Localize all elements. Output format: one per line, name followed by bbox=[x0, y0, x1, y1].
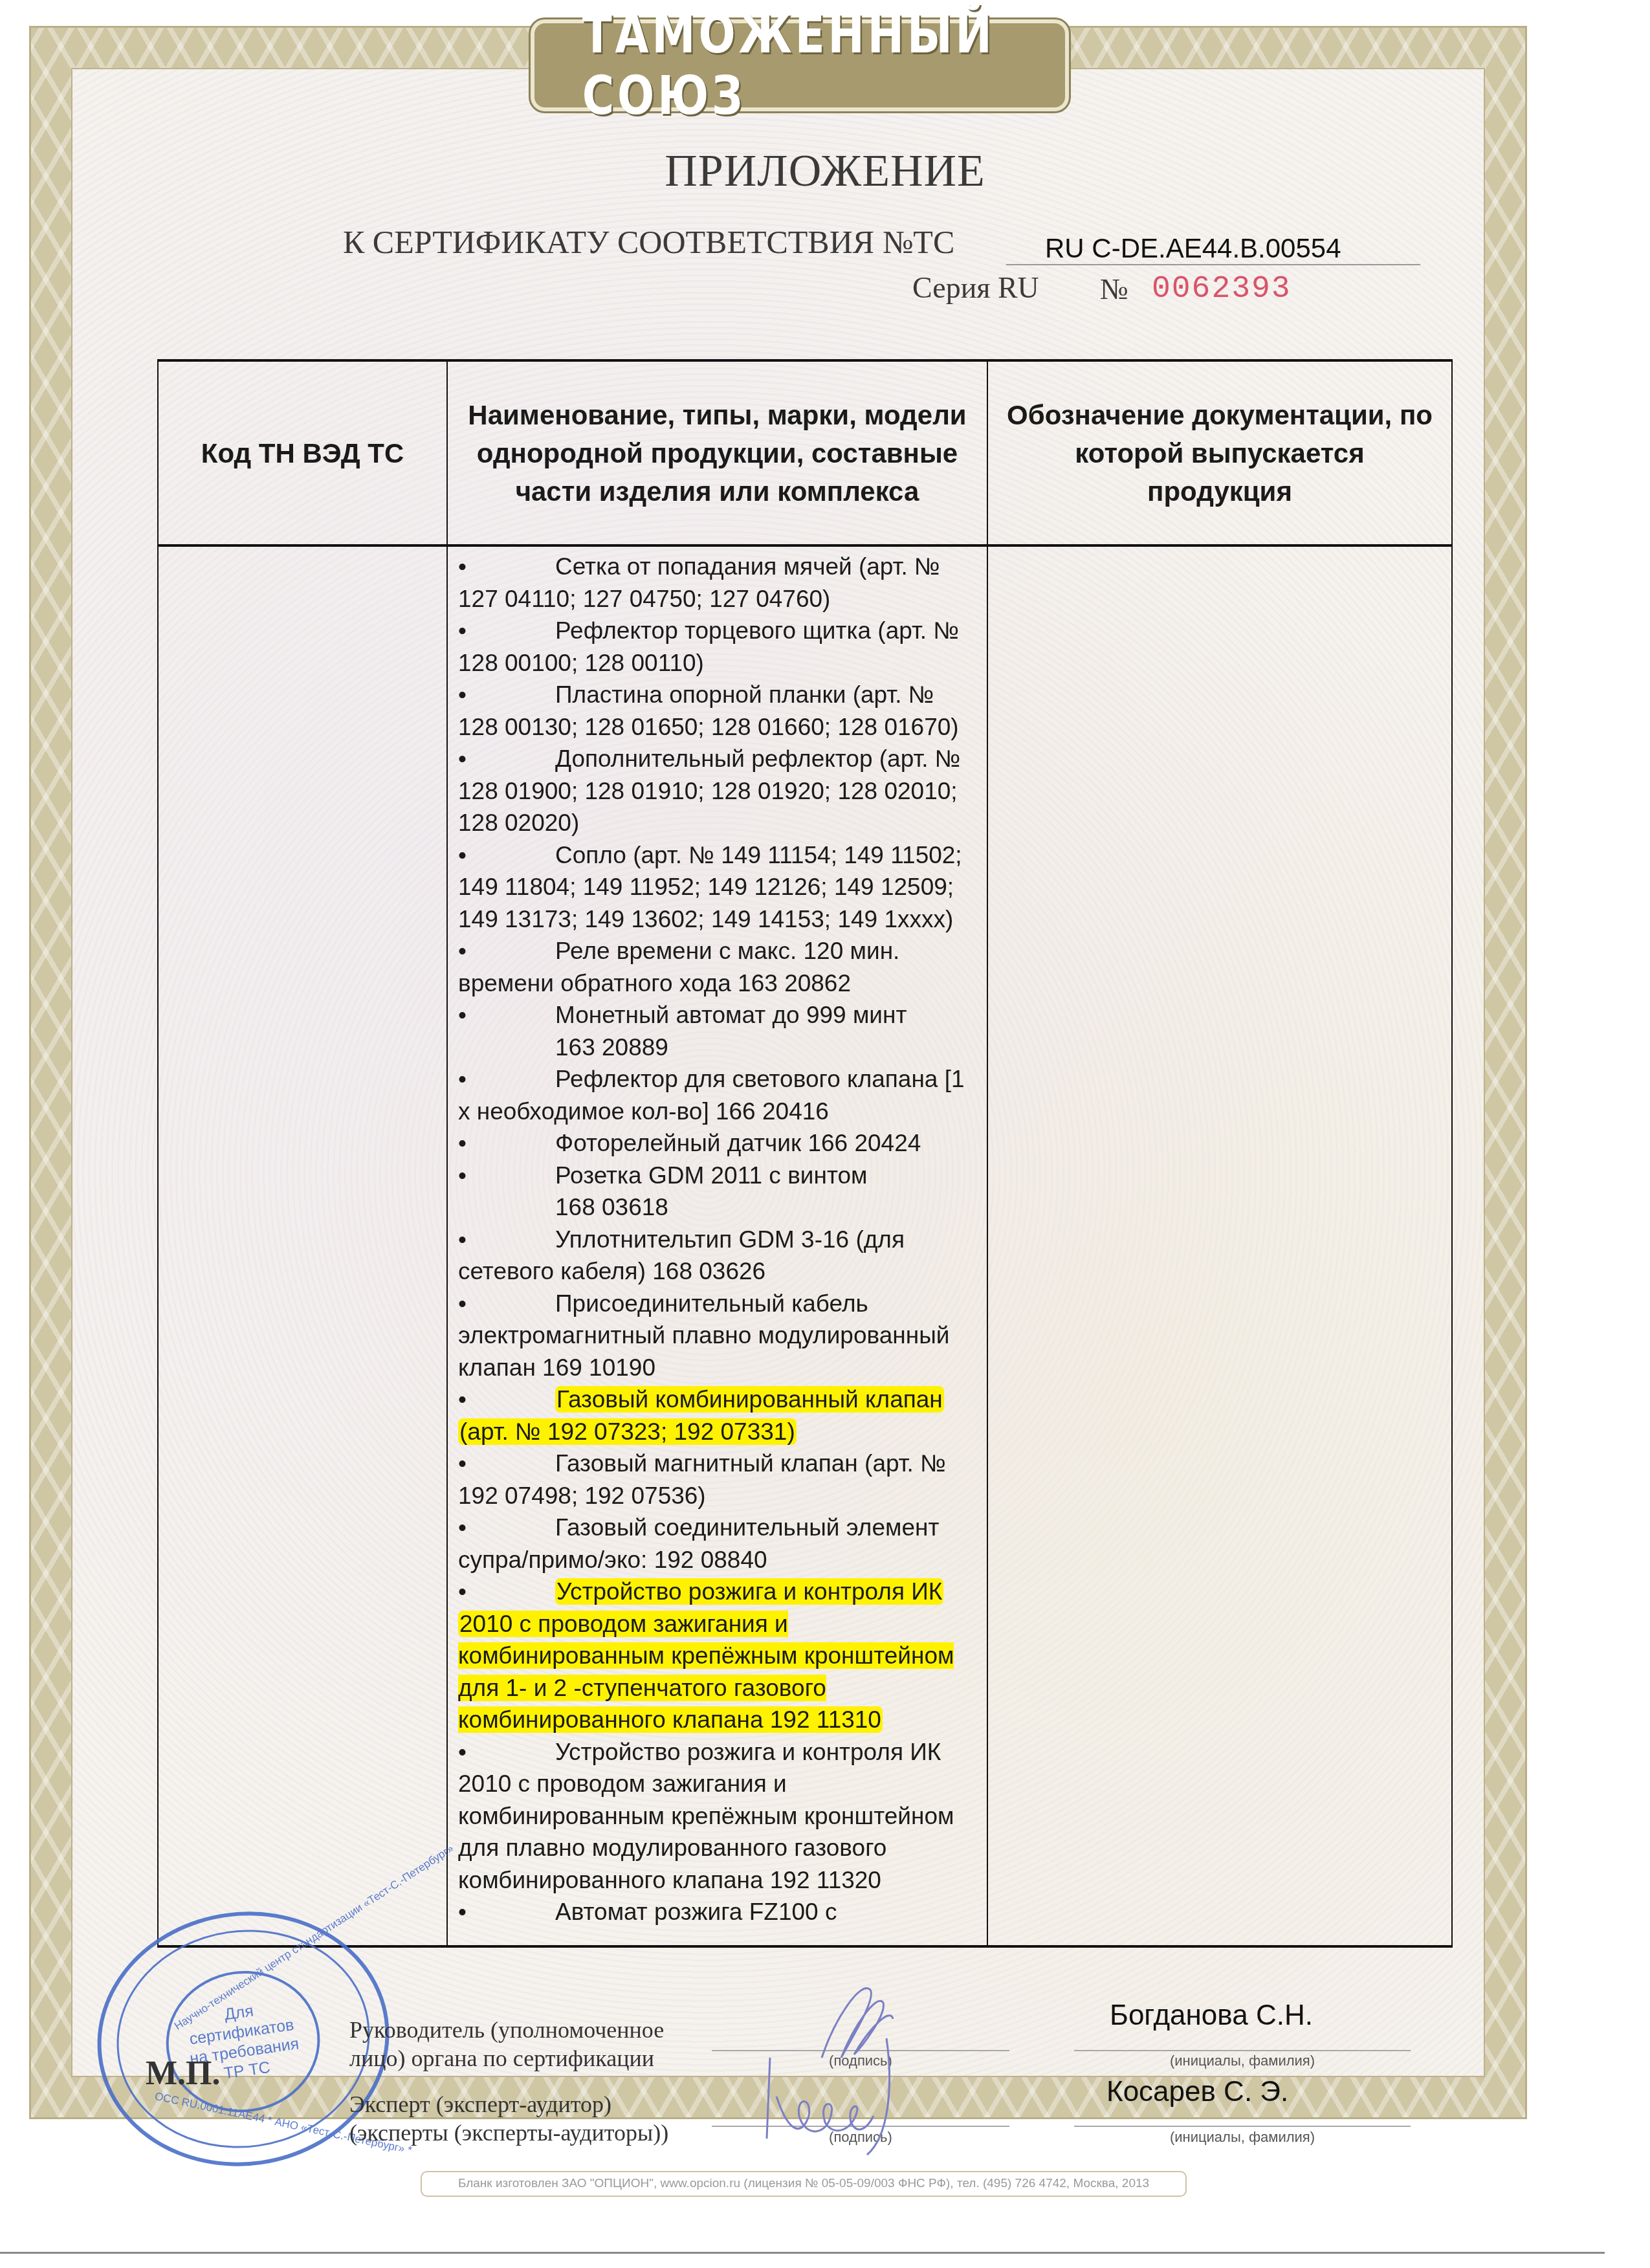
item-text: Реле времени с макс. 120 мин. bbox=[555, 938, 899, 964]
banner-text: ТАМОЖЕННЫЙ СОЮЗ bbox=[582, 4, 1017, 127]
head-name-line bbox=[1074, 2050, 1411, 2051]
series-number-sign: № bbox=[1100, 272, 1128, 306]
item-text: Монетный автомат до 999 минт bbox=[555, 1002, 907, 1028]
bullet-icon: • bbox=[458, 1448, 555, 1480]
item-text: Дополнительный рефлектор (арт. bbox=[555, 745, 929, 772]
item-text-continued: 2010 с проводом зажигания и комбинирован… bbox=[458, 1611, 954, 1734]
head-label-line: Руководитель (уполномоченное bbox=[349, 2016, 664, 2044]
item-text-continued: времени обратного хода 163 20862 bbox=[458, 970, 851, 996]
bullet-icon: • bbox=[458, 551, 555, 583]
item-text: Газовый соединительный элемент bbox=[555, 1514, 939, 1541]
head-name: Богданова С.Н. bbox=[1110, 1999, 1313, 2032]
table-header-row: Код ТН ВЭД ТС Наименование, типы, марки,… bbox=[158, 360, 1452, 545]
list-item: •Присоединительный кабель электромагнитн… bbox=[458, 1288, 976, 1384]
header-documentation: Обозначение документации, по которой вып… bbox=[987, 360, 1452, 545]
item-text: Газовый комбинированный клапан bbox=[555, 1386, 944, 1413]
list-item: •Розетка GDM 2011 с винтом168 03618 bbox=[458, 1160, 976, 1224]
item-text-continued: сетевого кабеля) 168 03626 bbox=[458, 1258, 765, 1284]
item-text: Газовый магнитный клапан (арт. № bbox=[555, 1450, 946, 1477]
expert-label: Эксперт (эксперт-аудитор) (эксперты (экс… bbox=[349, 2090, 668, 2147]
product-list: •Сетка от попадания мячей (арт. № 127 04… bbox=[458, 551, 976, 1928]
head-label-line: лицо) органа по сертификации bbox=[349, 2044, 664, 2073]
item-text: Уплотнительтип GDM 3-16 (для bbox=[555, 1226, 905, 1253]
bullet-icon: • bbox=[458, 1736, 555, 1768]
specification-table: Код ТН ВЭД ТС Наименование, типы, марки,… bbox=[157, 359, 1453, 1948]
item-text-continued: электромагнитный плавно модулированный к… bbox=[458, 1322, 949, 1381]
item-text-continued: супра/примо/эко: 192 08840 bbox=[458, 1547, 767, 1573]
bullet-icon: • bbox=[458, 1224, 555, 1256]
item-text-continued: 192 07498; 192 07536) bbox=[458, 1482, 706, 1509]
expert-label-line: Эксперт (эксперт-аудитор) bbox=[349, 2090, 668, 2119]
certificate-number: RU C-DE.AE44.B.00554 bbox=[1006, 233, 1420, 265]
list-item: •Фоторелейный датчик 166 20424 bbox=[458, 1127, 976, 1160]
hs-code-cell bbox=[158, 545, 447, 1946]
bullet-icon: • bbox=[458, 1063, 555, 1095]
list-item: •Сетка от попадания мячей (арт. № 127 04… bbox=[458, 551, 976, 615]
item-text-continued: (арт. № 192 07323; 192 07331) bbox=[458, 1418, 797, 1445]
item-text-continued: 2010 с проводом зажигания и комбинирован… bbox=[458, 1770, 954, 1893]
header-hs-code: Код ТН ВЭД ТС bbox=[158, 360, 447, 545]
page-title: ПРИЛОЖЕНИЕ bbox=[0, 146, 1650, 197]
header-product-name: Наименование, типы, марки, модели одноро… bbox=[447, 360, 987, 545]
list-item: •Уплотнительтип GDM 3-16 (для сетевого к… bbox=[458, 1224, 976, 1288]
item-text: Присоединительный кабель bbox=[555, 1290, 868, 1317]
list-item: •Газовый комбинированный клапан (арт. № … bbox=[458, 1383, 976, 1448]
list-item: •Рефлектор торцевого щитка (арт. № 128 0… bbox=[458, 615, 976, 679]
item-text: Устройство розжига и контроля ИК bbox=[555, 1578, 943, 1605]
expert-name-line bbox=[1074, 2126, 1411, 2127]
bullet-icon: • bbox=[458, 743, 555, 775]
list-item: •Дополнительный рефлектор (арт. № 128 01… bbox=[458, 743, 976, 839]
item-text: Розетка GDM 2011 с винтом bbox=[555, 1162, 867, 1189]
list-item: •Газовый соединительный элемент супра/пр… bbox=[458, 1512, 976, 1576]
bullet-icon: • bbox=[458, 615, 555, 647]
customs-union-banner: ТАМОЖЕННЫЙ СОЮЗ bbox=[531, 19, 1069, 111]
head-label: Руководитель (уполномоченное лицо) орган… bbox=[349, 2016, 664, 2073]
bullet-icon: • bbox=[458, 839, 555, 872]
series-number: 0062393 bbox=[1152, 272, 1292, 307]
list-item: •Пластина опорной планки (арт. № 128 001… bbox=[458, 679, 976, 743]
item-text-continued: 128 00130; 128 01650; 128 01660; 128 016… bbox=[458, 714, 959, 740]
expert-name: Косарев С. Э. bbox=[1106, 2076, 1288, 2108]
list-item: •Рефлектор для светового клапана [1 х не… bbox=[458, 1063, 976, 1127]
bullet-icon: • bbox=[458, 1160, 555, 1192]
table-row: •Сетка от попадания мячей (арт. № 127 04… bbox=[158, 545, 1452, 1946]
bullet-icon: • bbox=[458, 999, 555, 1031]
item-text: Автомат розжига FZ100 с bbox=[555, 1899, 837, 1925]
item-text: Рефлектор торцевого щитка (арт. bbox=[555, 617, 927, 644]
list-item: •Устройство розжига и контроля ИК 2010 с… bbox=[458, 1576, 976, 1736]
item-code: 163 20889 bbox=[458, 1031, 976, 1064]
item-code: 168 03618 bbox=[458, 1191, 976, 1224]
bullet-icon: • bbox=[458, 1288, 555, 1320]
list-item: •Автомат розжига FZ100 с bbox=[458, 1896, 976, 1928]
series-label: Серия RU bbox=[912, 270, 1039, 305]
bullet-icon: • bbox=[458, 1383, 555, 1416]
bullet-icon: • bbox=[458, 1896, 555, 1928]
list-item: •Реле времени с макс. 120 мин. времени о… bbox=[458, 935, 976, 999]
item-text-continued: 127 04110; 127 04750; 127 04760) bbox=[458, 586, 830, 612]
bullet-icon: • bbox=[458, 1576, 555, 1608]
page-edge bbox=[0, 2252, 1605, 2254]
item-text: Устройство розжига и контроля ИК bbox=[555, 1739, 941, 1765]
expert-name-caption: (инициалы, фамилия) bbox=[1074, 2129, 1411, 2146]
documentation-cell bbox=[987, 545, 1452, 1946]
item-text: Фоторелейный датчик 166 20424 bbox=[555, 1130, 921, 1156]
bullet-icon: • bbox=[458, 935, 555, 967]
expert-label-line: (эксперты (эксперты-аудиторы)) bbox=[349, 2119, 668, 2147]
product-list-cell: •Сетка от попадания мячей (арт. № 127 04… bbox=[447, 545, 987, 1946]
seal-place-label: М.П. bbox=[146, 2054, 221, 2093]
certificate-label: К СЕРТИФИКАТУ СООТВЕТСТВИЯ №ТС bbox=[343, 223, 954, 261]
list-item: •Устройство розжига и контроля ИК 2010 с… bbox=[458, 1736, 976, 1897]
item-text: Пластина опорной планки (арт. № bbox=[555, 681, 934, 708]
item-text: Сопло (арт. № 149 11154; 149 bbox=[555, 842, 884, 868]
bullet-icon: • bbox=[458, 1127, 555, 1160]
item-text: Рефлектор для светового клапана bbox=[555, 1066, 938, 1092]
list-item: •Сопло (арт. № 149 11154; 149 11502; 149… bbox=[458, 839, 976, 936]
list-item: •Монетный автомат до 999 минт163 20889 bbox=[458, 999, 976, 1063]
bullet-icon: • bbox=[458, 1512, 555, 1544]
blank-imprint: Бланк изготовлен ЗАО "ОПЦИОН", www.opcio… bbox=[421, 2171, 1187, 2197]
handwritten-signatures bbox=[738, 1967, 1035, 2161]
item-text: Сетка от попадания мячей (арт. № bbox=[555, 553, 940, 580]
head-name-caption: (инициалы, фамилия) bbox=[1074, 2053, 1411, 2069]
bullet-icon: • bbox=[458, 679, 555, 711]
list-item: •Газовый магнитный клапан (арт. № 192 07… bbox=[458, 1448, 976, 1512]
